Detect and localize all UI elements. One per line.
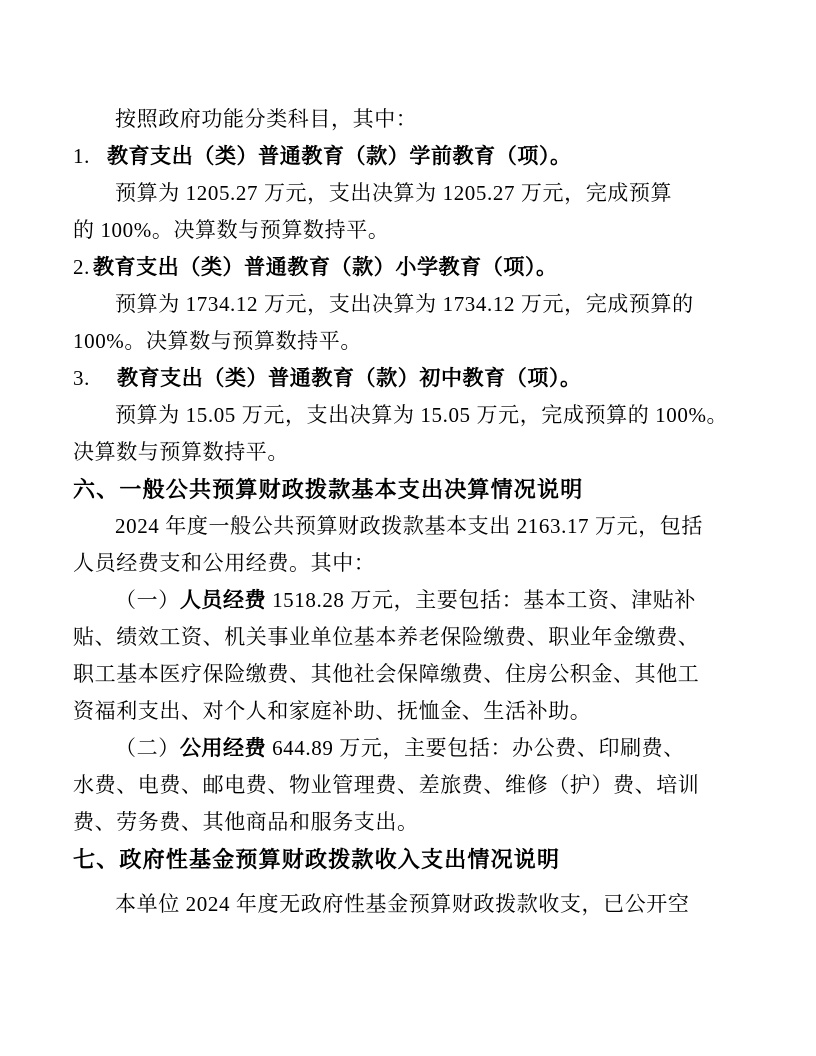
section-7-heading: 七、政府性基金预算财政拨款收入支出情况说明: [73, 841, 745, 878]
text: 预算为 15.05 万元，支出决算为 15.05 万元，完成预算的 100%。: [115, 403, 728, 427]
public-expense-line-2: 水费、电费、邮电费、物业管理费、差旅费、维修（护）费、培训: [73, 767, 745, 804]
item-number: 1.: [73, 138, 90, 175]
text: 的 100%。决算数与预算数持平。: [73, 218, 389, 242]
text: （一）: [115, 588, 180, 612]
text: 预算为 1734.12 万元，支出决算为 1734.12 万元，完成预算的: [115, 292, 694, 316]
text: 水费、电费、邮电费、物业管理费、差旅费、维修（护）费、培训: [73, 773, 699, 797]
document-page: 按照政府功能分类科目，其中：1.教育支出（类）普通教育（款）学前教育（项）。预算…: [0, 0, 816, 1056]
text: 职工基本医疗保险缴费、其他社会保障缴费、住房公积金、其他工: [73, 662, 699, 686]
public-expense-line-1: （二）公用经费 644.89 万元，主要包括：办公费、印刷费、: [73, 730, 745, 767]
text: 按照政府功能分类科目，其中：: [115, 107, 417, 131]
personnel-expense-line-1: （一）人员经费 1518.28 万元，主要包括：基本工资、津贴补: [73, 582, 745, 619]
public-expense-line-3: 费、劳务费、其他商品和服务支出。: [73, 804, 745, 841]
section-6-line-2: 人员经费支和公用经费。其中：: [73, 545, 745, 582]
section-6-line-1: 2024 年度一般公共预算财政拨款基本支出 2163.17 万元，包括: [73, 508, 745, 545]
text: 六、一般公共预算财政拨款基本支出决算情况说明: [73, 477, 583, 502]
personnel-expense-line-4: 资福利支出、对个人和家庭补助、抚恤金、生活补助。: [73, 693, 745, 730]
para-intro: 按照政府功能分类科目，其中：: [73, 101, 745, 138]
text: 资福利支出、对个人和家庭补助、抚恤金、生活补助。: [73, 699, 591, 723]
item-number: 3.: [73, 360, 90, 397]
bold-text: 教育支出（类）普通教育（款）小学教育（项）。: [93, 255, 558, 279]
document-content: 按照政府功能分类科目，其中：1.教育支出（类）普通教育（款）学前教育（项）。预算…: [73, 101, 745, 923]
item-2-heading: 2.教育支出（类）普通教育（款）小学教育（项）。: [73, 249, 745, 286]
bold-text: 教育支出（类）普通教育（款）初中教育（项）。: [117, 366, 582, 390]
personnel-expense-line-3: 职工基本医疗保险缴费、其他社会保障缴费、住房公积金、其他工: [73, 656, 745, 693]
personnel-expense-line-2: 贴、绩效工资、机关事业单位基本养老保险缴费、职业年金缴费、: [73, 619, 745, 656]
item-2-line-2: 100%。决算数与预算数持平。: [73, 323, 745, 360]
text: 100%。决算数与预算数持平。: [73, 329, 362, 353]
text: 本单位 2024 年度无政府性基金预算财政拨款收支，已公开空: [115, 892, 690, 916]
text: 决算数与预算数持平。: [73, 440, 289, 464]
text: 费、劳务费、其他商品和服务支出。: [73, 810, 419, 834]
section-7-line-1: 本单位 2024 年度无政府性基金预算财政拨款收支，已公开空: [73, 886, 745, 923]
item-3-line-1: 预算为 15.05 万元，支出决算为 15.05 万元，完成预算的 100%。: [73, 397, 745, 434]
item-1-heading: 1.教育支出（类）普通教育（款）学前教育（项）。: [73, 138, 745, 175]
bold-text: 人员经费: [180, 588, 266, 612]
text: 七、政府性基金预算财政拨款收入支出情况说明: [73, 847, 560, 872]
bold-text: 公用经费: [180, 736, 266, 760]
text: 人员经费支和公用经费。其中：: [73, 551, 375, 575]
item-3-heading: 3.教育支出（类）普通教育（款）初中教育（项）。: [73, 360, 745, 397]
bold-text: 教育支出（类）普通教育（款）学前教育（项）。: [107, 144, 572, 168]
item-2-line-1: 预算为 1734.12 万元，支出决算为 1734.12 万元，完成预算的: [73, 286, 745, 323]
item-3-line-2: 决算数与预算数持平。: [73, 434, 745, 471]
section-6-heading: 六、一般公共预算财政拨款基本支出决算情况说明: [73, 471, 745, 508]
text: 644.89 万元，主要包括：办公费、印刷费、: [266, 736, 685, 760]
text: 贴、绩效工资、机关事业单位基本养老保险缴费、职业年金缴费、: [73, 625, 699, 649]
text: 2024 年度一般公共预算财政拨款基本支出 2163.17 万元，包括: [115, 514, 703, 538]
item-1-line-2: 的 100%。决算数与预算数持平。: [73, 212, 745, 249]
text: 1518.28 万元，主要包括：基本工资、津贴补: [266, 588, 696, 612]
text: （二）: [115, 736, 180, 760]
item-number: 2.: [73, 249, 90, 286]
text: 预算为 1205.27 万元，支出决算为 1205.27 万元，完成预算: [115, 181, 672, 205]
item-1-line-1: 预算为 1205.27 万元，支出决算为 1205.27 万元，完成预算: [73, 175, 745, 212]
